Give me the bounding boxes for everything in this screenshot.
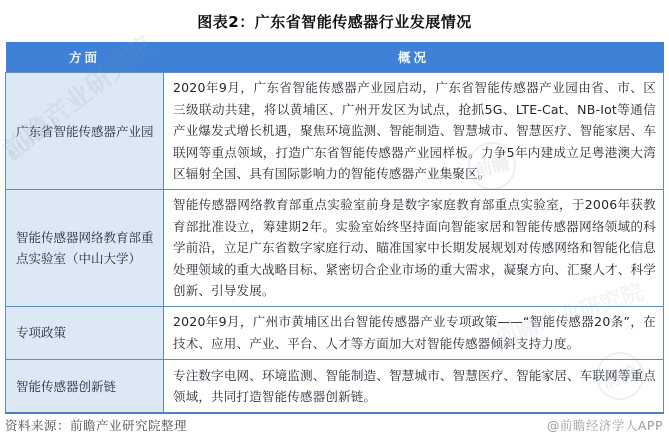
overview-cell: 2020年9月，广州市黄埔区出台智能传感器产业专项政策——“智能传感器20条”，… [164,306,664,359]
overview-cell: 智能传感器网络教育部重点实验室前身是数字家庭教育部重点实验室，于2006年获教育… [164,190,664,307]
aspect-cell: 广东省智能传感器产业园 [6,73,164,190]
table-row: 专项政策 2020年9月，广州市黄埔区出台智能传感器产业专项政策——“智能传感器… [6,306,664,359]
report-figure-page: 图表2：广东省智能传感器行业发展情况 方面 概况 广东省智能传感器产业园 202… [0,0,669,447]
column-header-overview: 概况 [164,42,664,73]
column-header-aspect: 方面 [6,42,164,73]
page-title: 图表2：广东省智能传感器行业发展情况 [0,0,669,32]
aspect-cell: 智能传感器创新链 [6,359,164,413]
table-row: 智能传感器创新链 专注数字电网、环境监测、智能制造、智慧城市、智慧医疗、智能家居… [6,359,664,413]
table-row: 智能传感器网络教育部重点实验室（中山大学） 智能传感器网络教育部重点实验室前身是… [6,190,664,307]
footer: 资料来源：前瞻产业研究院整理 @前瞻经济学人APP [5,416,663,434]
source-note: 资料来源：前瞻产业研究院整理 [5,416,187,434]
table-header-row: 方面 概况 [6,42,664,73]
aspect-cell: 专项政策 [6,306,164,359]
development-overview-table: 方面 概况 广东省智能传感器产业园 2020年9月，广东省智能传感器产业园启动，… [5,42,664,414]
app-credit: @前瞻经济学人APP [547,416,663,434]
overview-cell: 2020年9月，广东省智能传感器产业园启动，广东省智能传感器产业园由省、市、区三… [164,73,664,190]
overview-cell: 专注数字电网、环境监测、智能制造、智慧城市、智慧医疗、智能家居、车联网等重点领域… [164,359,664,413]
aspect-cell: 智能传感器网络教育部重点实验室（中山大学） [6,190,164,307]
table-row: 广东省智能传感器产业园 2020年9月，广东省智能传感器产业园启动，广东省智能传… [6,73,664,190]
